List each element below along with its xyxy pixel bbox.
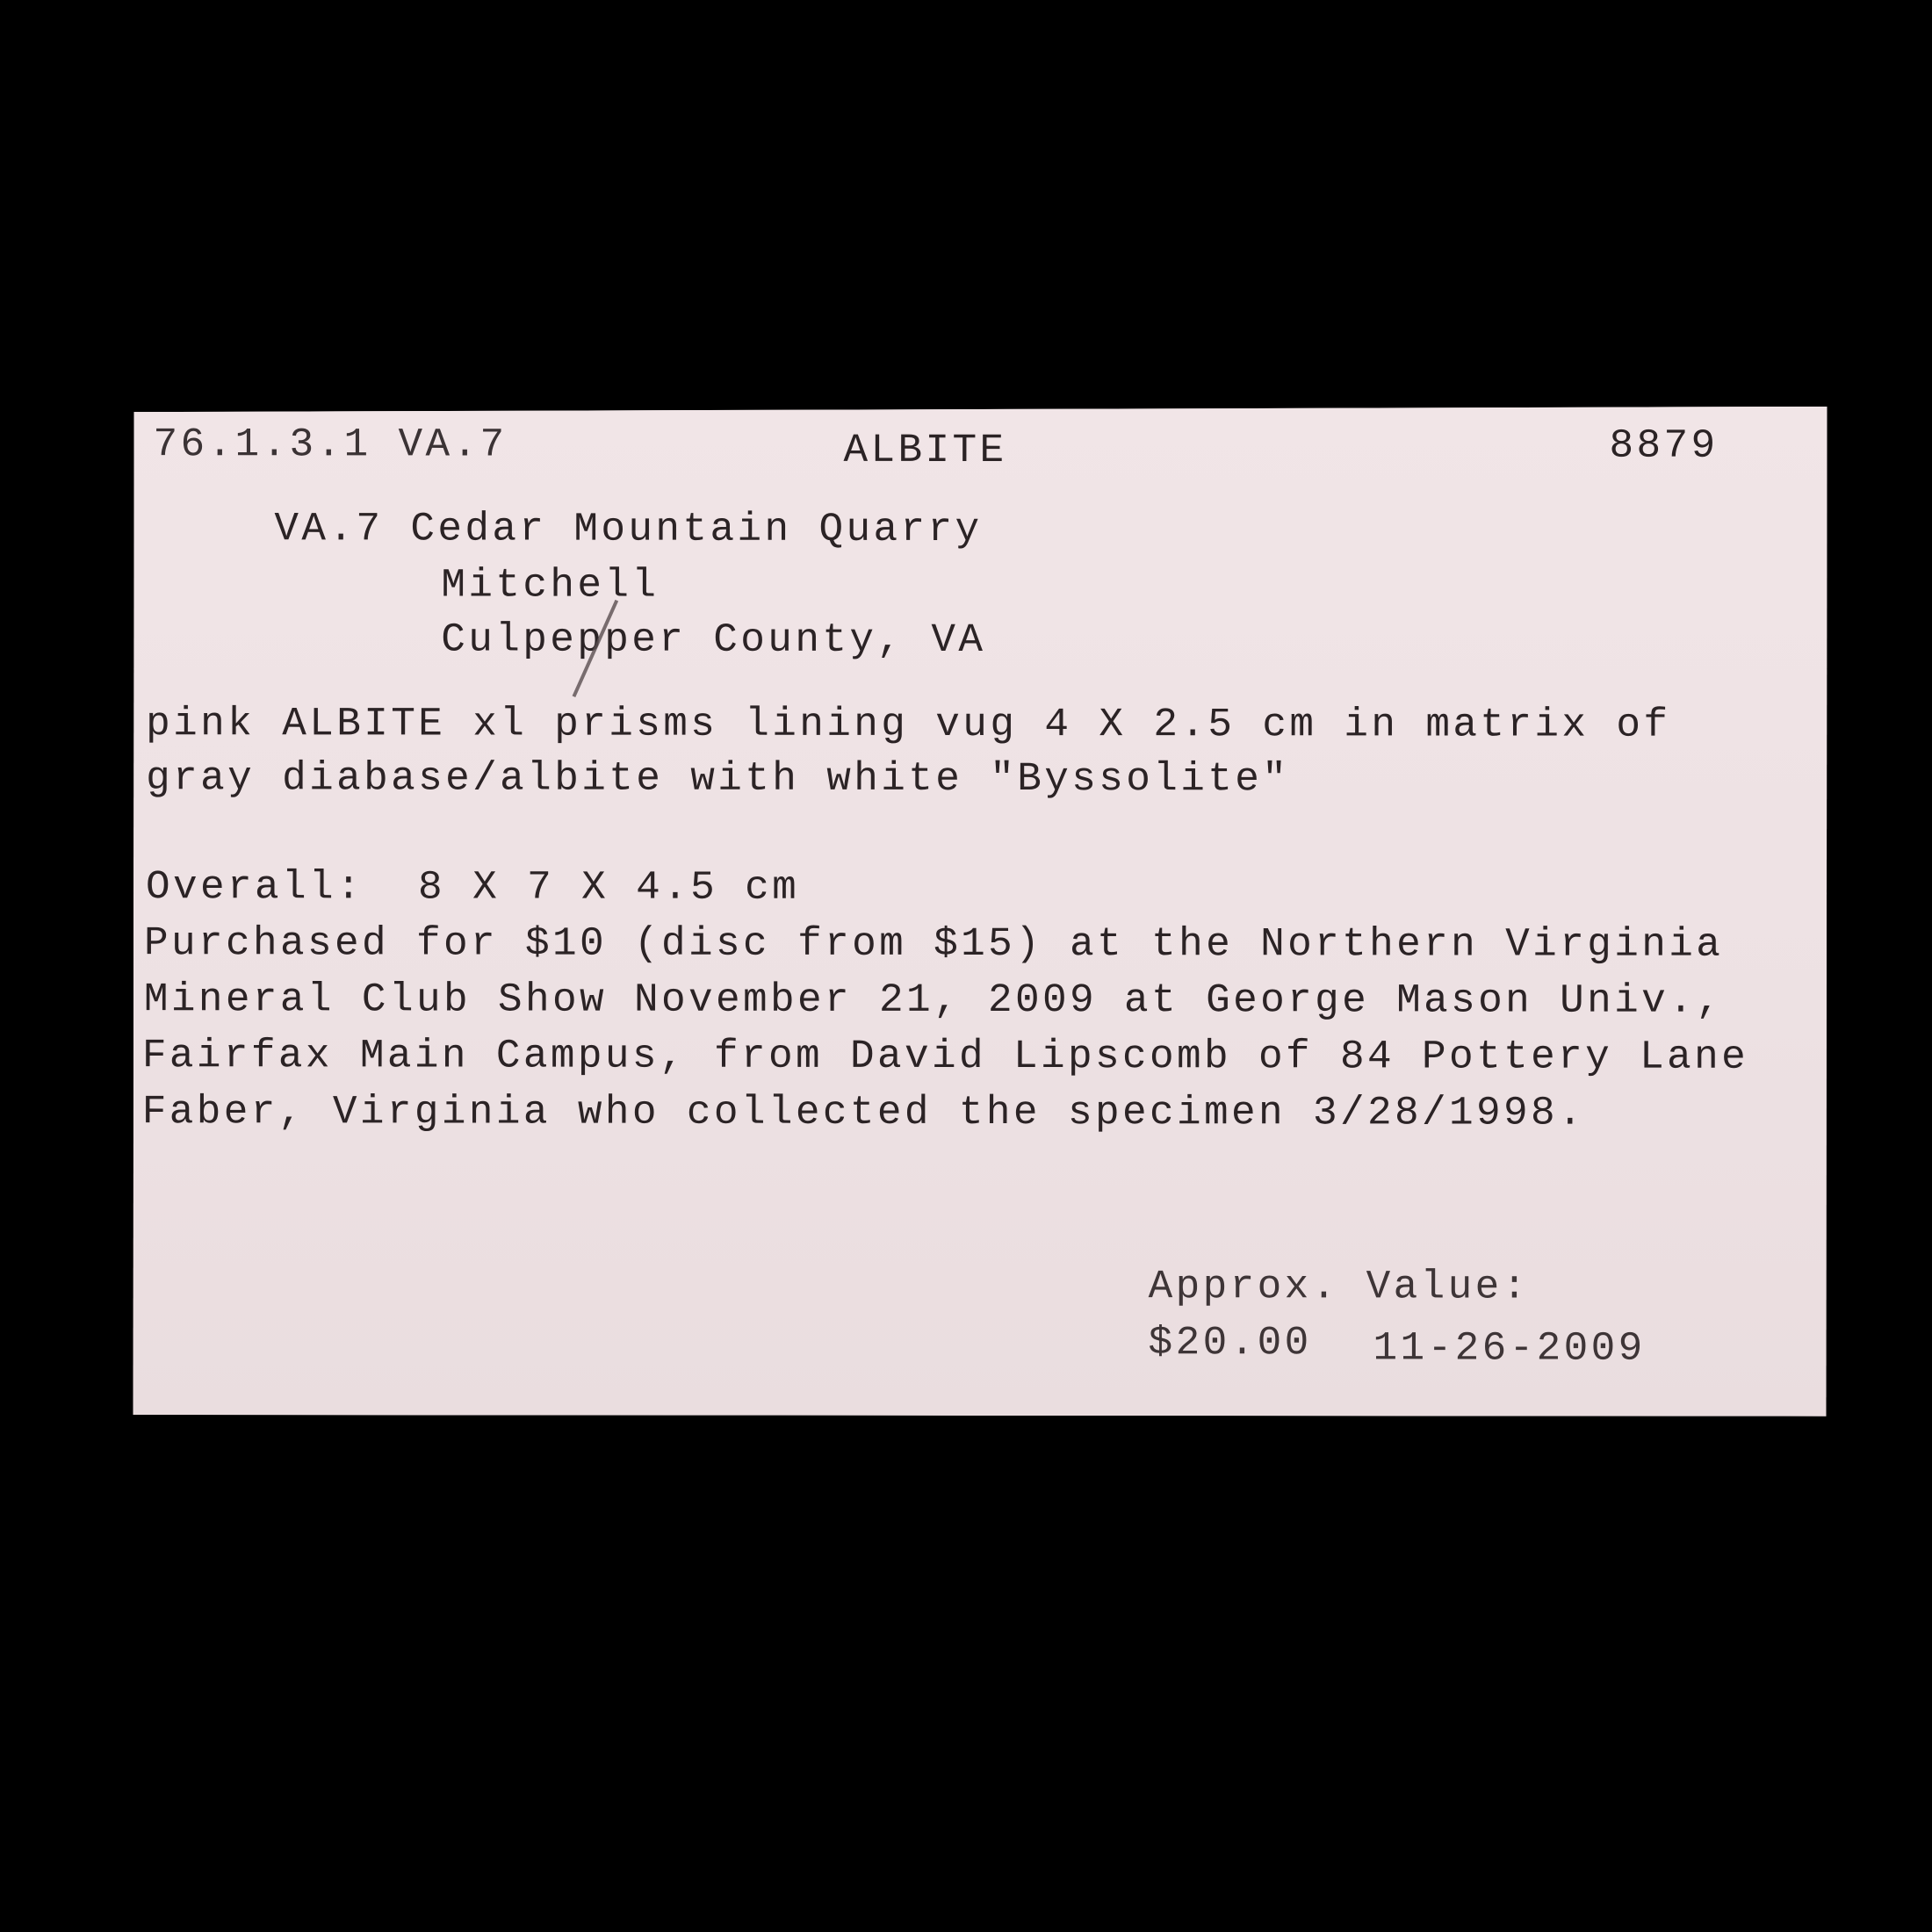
locality-line-2: Mitchell <box>441 565 659 605</box>
description-line-2: gray diabase/albite with white "Byssolit… <box>146 758 1289 799</box>
description-line-1: pink ALBITE xl prisms lining vug 4 X 2.5… <box>146 703 1670 746</box>
approx-value-date: 11-26-2009 <box>1373 1328 1646 1368</box>
specimen-number: 8879 <box>1609 426 1718 466</box>
approx-value-amount: $20.00 <box>1149 1323 1312 1363</box>
locality-line-1: VA.7 Cedar Mountain Quarry <box>274 508 982 550</box>
approx-value-label: Approx. Value: <box>1149 1266 1530 1307</box>
specimen-label-card: 76.1.3.1 VA.7 ALBITE 8879 VA.7 Cedar Mou… <box>133 405 1827 1417</box>
catalog-number: 76.1.3.1 VA.7 <box>153 424 507 465</box>
purchase-line-4: Faber, Virginia who collected the specim… <box>142 1092 1585 1133</box>
species-name: ALBITE <box>843 430 1006 471</box>
locality-line-3: Culpepper County, VA <box>441 619 985 660</box>
purchase-line-1: Purchased for $10 (disc from $15) at the… <box>144 923 1723 965</box>
purchase-line-2: Mineral Club Show November 21, 2009 at G… <box>144 979 1723 1021</box>
overall-dimensions: Overall: 8 X 7 X 4.5 cm <box>146 867 799 908</box>
purchase-line-3: Fairfax Main Campus, from David Lipscomb… <box>142 1035 1748 1078</box>
